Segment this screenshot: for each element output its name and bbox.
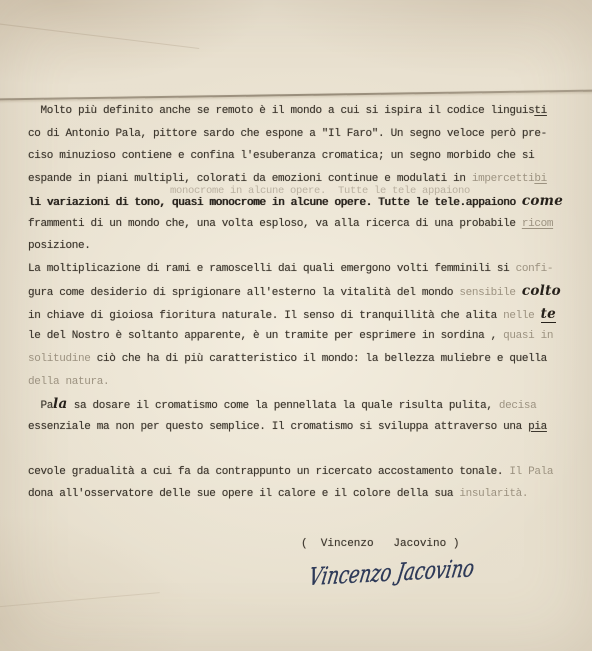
handwritten-signature: Vincenzo Jacovino	[296, 545, 496, 609]
text-line: in chiave di gioiosa fioritura naturale.…	[28, 303, 580, 326]
text-line: solitudine ciò che ha di più caratterist…	[28, 348, 580, 371]
text-line: Molto più definito anche se remoto è il …	[28, 100, 580, 123]
text-line: essenziale ma non per questo semplice. I…	[28, 416, 580, 439]
paper-fold-crease	[0, 89, 592, 100]
text-line: gura come desiderio di sprigionare all'e…	[28, 280, 580, 303]
text-line: dona all'osservatore delle sue opere il …	[28, 483, 580, 506]
document-page: monocrome in alcune opere. Tutte le tele…	[0, 0, 592, 651]
text-line: li variazioni di tono, quasi monocrome i…	[28, 190, 580, 213]
text-line: della natura.	[28, 371, 580, 394]
paper-wrinkle-bottom-left	[0, 592, 160, 609]
text-line: cevole gradualità a cui fa da contrappun…	[28, 461, 580, 484]
text-line: ciso minuzioso contiene e confina l'esub…	[28, 145, 580, 168]
text-line: La moltiplicazione di rami e ramoscelli …	[28, 258, 580, 281]
paper-wrinkle-top-left	[0, 20, 199, 49]
text-line: Pala sa dosare il cromatismo come la pen…	[28, 393, 580, 416]
text-line: frammenti di un mondo che, una volta esp…	[28, 213, 580, 236]
text-line: le del Nostro è soltanto apparente, è un…	[28, 325, 580, 348]
typed-text-block: Molto più definito anche se remoto è il …	[28, 100, 580, 506]
signature-text: Vincenzo Jacovino	[307, 553, 476, 591]
blank-line	[28, 438, 580, 461]
text-line: espande in piani multipli, colorati da e…	[28, 168, 580, 191]
text-line: co di Antonio Pala, pittore sardo che es…	[28, 123, 580, 146]
text-line: posizione.	[28, 235, 580, 258]
